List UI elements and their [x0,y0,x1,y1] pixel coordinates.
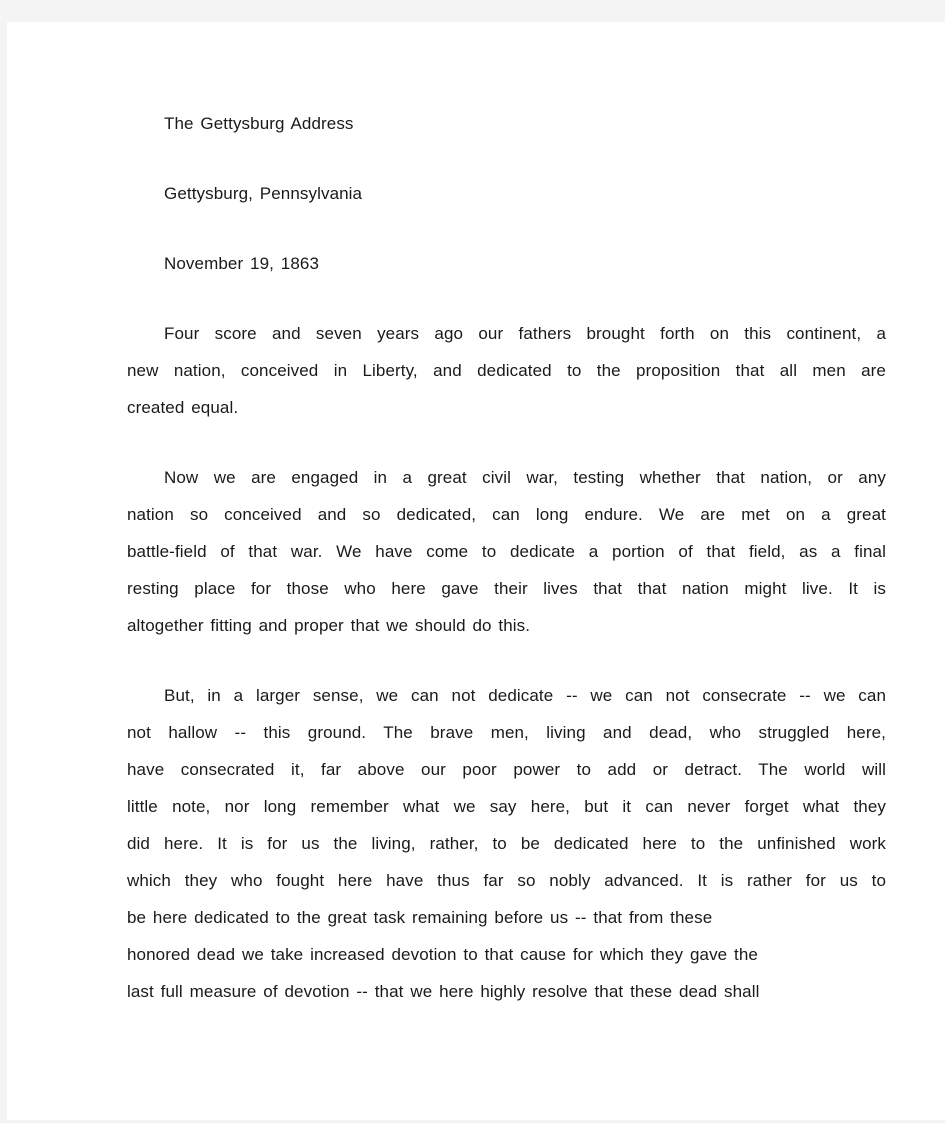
doc-line: which they who fought here have thus far… [127,862,886,899]
header-date-block: November 19, 1863 [127,245,886,282]
doc-location: Gettysburg, Pennsylvania [127,175,886,212]
document-page: The Gettysburg Address Gettysburg, Penns… [7,22,945,1120]
doc-line: Four score and seven years ago our fathe… [127,315,886,352]
doc-line: battle-field of that war. We have come t… [127,533,886,570]
doc-line: altogether fitting and proper that we sh… [127,607,886,644]
header-location-block: Gettysburg, Pennsylvania [127,175,886,212]
doc-line: resting place for those who here gave th… [127,570,886,607]
paragraph-1: Four score and seven years ago our fathe… [127,315,886,426]
doc-date: November 19, 1863 [127,245,886,282]
doc-line: not hallow -- this ground. The brave men… [127,714,886,751]
doc-line: new nation, conceived in Liberty, and de… [127,352,886,389]
paragraph-2: Now we are engaged in a great civil war,… [127,459,886,644]
doc-line: did here. It is for us the living, rathe… [127,825,886,862]
doc-line: nation so conceived and so dedicated, ca… [127,496,886,533]
doc-line: But, in a larger sense, we can not dedic… [127,677,886,714]
doc-line: last full measure of devotion -- that we… [127,973,886,1010]
doc-line: honored dead we take increased devotion … [127,936,886,973]
doc-line: be here dedicated to the great task rema… [127,899,886,936]
doc-line: little note, nor long remember what we s… [127,788,886,825]
header-title-block: The Gettysburg Address [127,105,886,142]
doc-line: created equal. [127,389,886,426]
doc-line: Now we are engaged in a great civil war,… [127,459,886,496]
doc-line: have consecrated it, far above our poor … [127,751,886,788]
document-body: The Gettysburg Address Gettysburg, Penns… [7,22,945,1010]
doc-title: The Gettysburg Address [127,105,886,142]
paragraph-3: But, in a larger sense, we can not dedic… [127,677,886,1010]
